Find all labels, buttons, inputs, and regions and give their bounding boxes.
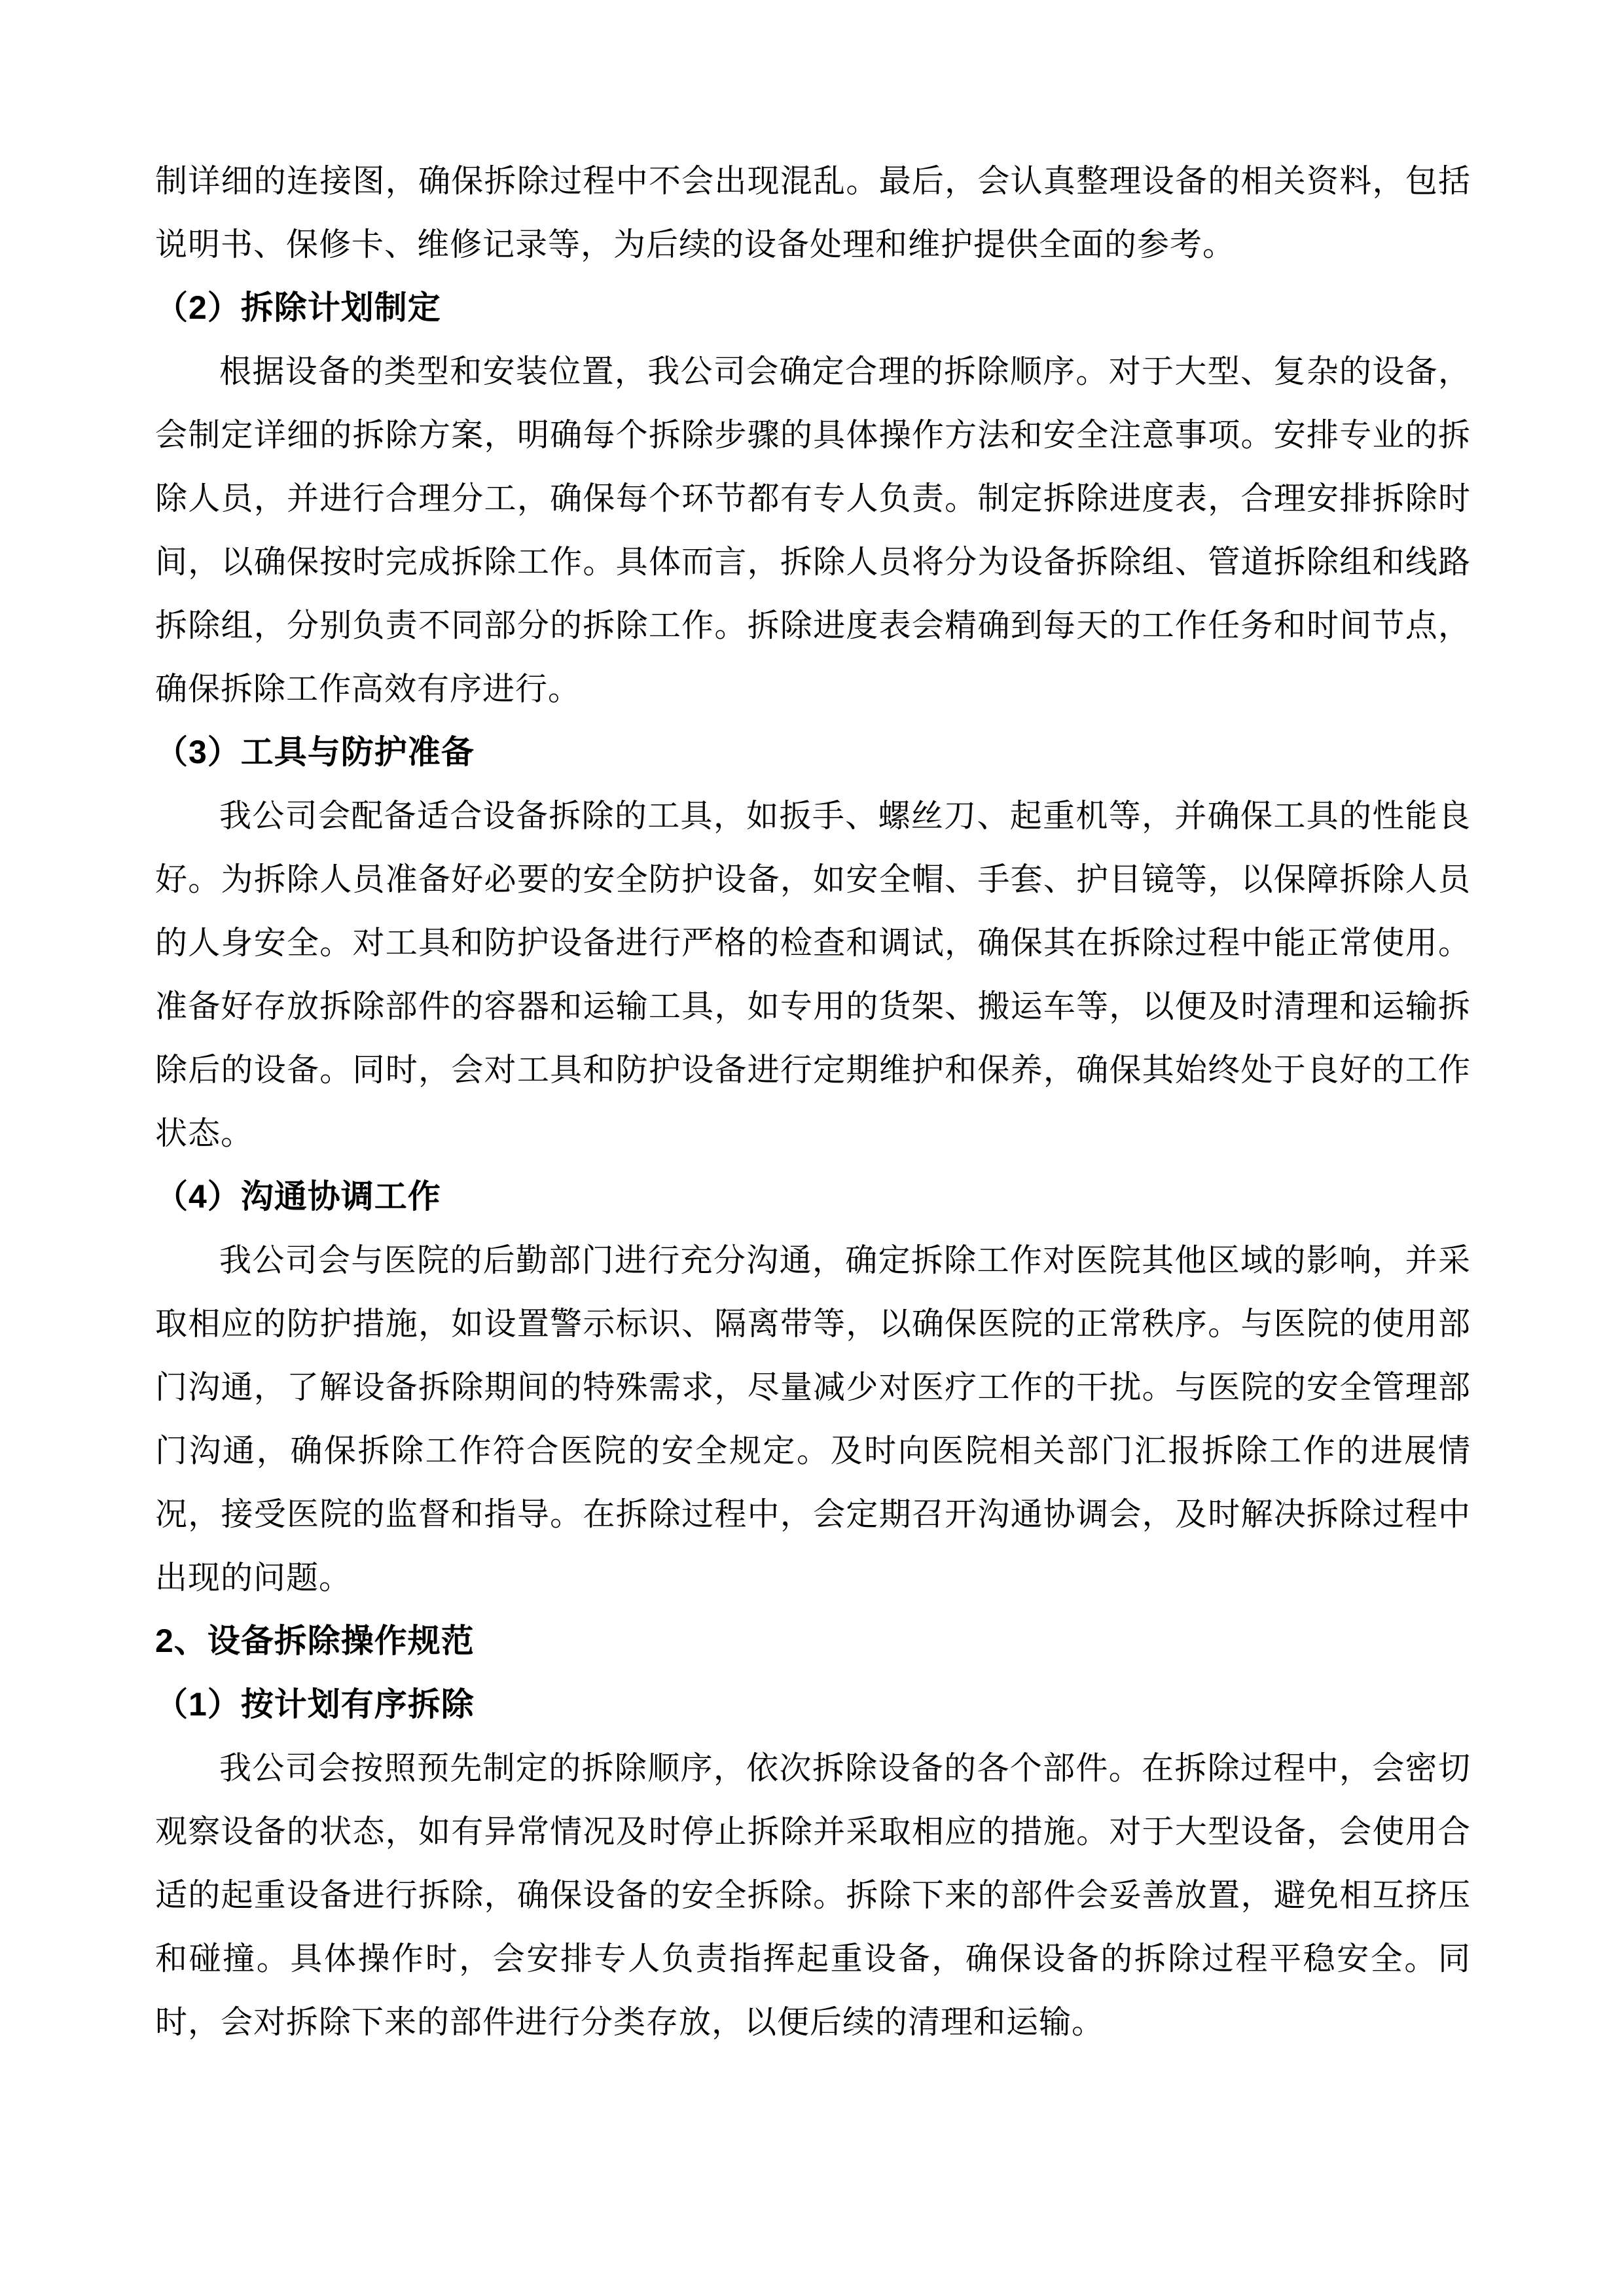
text-line: 准备好存放拆除部件的容器和运输工具，如专用的货架、搬运车等，以便及时清理和运输拆	[155, 975, 1471, 1038]
body-paragraph: 我公司会与医院的后勤部门进行充分沟通，确定拆除工作对医院其他区域的影响，并采取相…	[155, 1229, 1471, 1609]
text-line: 的人身安全。对工具和防护设备进行严格的检查和调试，确保其在拆除过程中能正常使用。	[155, 911, 1471, 975]
text-line: 时，会对拆除下来的部件进行分类存放，以便后续的清理和运输。	[155, 1990, 1471, 2054]
text-line: 观察设备的状态，如有异常情况及时停止拆除并采取相应的措施。对于大型设备，会使用合	[155, 1800, 1471, 1863]
subsection-heading: （3）工具与防护准备	[155, 721, 1471, 784]
text-line: 制详细的连接图，确保拆除过程中不会出现混乱。最后，会认真整理设备的相关资料，包括	[155, 149, 1471, 213]
text-line: 我公司会按照预先制定的拆除顺序，依次拆除设备的各个部件。在拆除过程中，会密切	[155, 1736, 1471, 1800]
text-line: 出现的问题。	[155, 1546, 1471, 1609]
text-line: 好。为拆除人员准备好必要的安全防护设备，如安全帽、手套、护目镜等，以保障拆除人员	[155, 848, 1471, 911]
text-line: 根据设备的类型和安装位置，我公司会确定合理的拆除顺序。对于大型、复杂的设备，	[155, 340, 1471, 403]
text-line: 取相应的防护措施，如设置警示标识、隔离带等，以确保医院的正常秩序。与医院的使用部	[155, 1292, 1471, 1355]
text-line: 拆除组，分别负责不同部分的拆除工作。拆除进度表会精确到每天的工作任务和时间节点，	[155, 594, 1471, 657]
text-line: （3）工具与防护准备	[155, 721, 1471, 784]
text-line: （1）按计划有序拆除	[155, 1673, 1471, 1736]
document-content: 制详细的连接图，确保拆除过程中不会出现混乱。最后，会认真整理设备的相关资料，包括…	[155, 149, 1471, 2054]
text-line: 和碰撞。具体操作时，会安排专人负责指挥起重设备，确保设备的拆除过程平稳安全。同	[155, 1927, 1471, 1990]
text-line: 确保拆除工作高效有序进行。	[155, 657, 1471, 721]
subsection-heading: （2）拆除计划制定	[155, 276, 1471, 340]
text-line: 说明书、保修卡、维修记录等，为后续的设备处理和维护提供全面的参考。	[155, 213, 1471, 276]
body-paragraph: 我公司会配备适合设备拆除的工具，如扳手、螺丝刀、起重机等，并确保工具的性能良好。…	[155, 784, 1471, 1165]
section-heading: 2、设备拆除操作规范	[155, 1609, 1471, 1673]
text-line: 适的起重设备进行拆除，确保设备的安全拆除。拆除下来的部件会妥善放置，避免相互挤压	[155, 1863, 1471, 1927]
text-line: 我公司会配备适合设备拆除的工具，如扳手、螺丝刀、起重机等，并确保工具的性能良	[155, 784, 1471, 848]
text-line: 除后的设备。同时，会对工具和防护设备进行定期维护和保养，确保其始终处于良好的工作	[155, 1038, 1471, 1102]
text-line: 除人员，并进行合理分工，确保每个环节都有专人负责。制定拆除进度表，合理安排拆除时	[155, 467, 1471, 530]
subsection-heading: （4）沟通协调工作	[155, 1165, 1471, 1229]
body-paragraph: 制详细的连接图，确保拆除过程中不会出现混乱。最后，会认真整理设备的相关资料，包括…	[155, 149, 1471, 276]
body-paragraph: 我公司会按照预先制定的拆除顺序，依次拆除设备的各个部件。在拆除过程中，会密切观察…	[155, 1736, 1471, 2054]
text-line: 况，接受医院的监督和指导。在拆除过程中，会定期召开沟通协调会，及时解决拆除过程中	[155, 1482, 1471, 1546]
text-line: 我公司会与医院的后勤部门进行充分沟通，确定拆除工作对医院其他区域的影响，并采	[155, 1229, 1471, 1292]
text-line: 间，以确保按时完成拆除工作。具体而言，拆除人员将分为设备拆除组、管道拆除组和线路	[155, 530, 1471, 594]
body-paragraph: 根据设备的类型和安装位置，我公司会确定合理的拆除顺序。对于大型、复杂的设备，会制…	[155, 340, 1471, 721]
text-line: 会制定详细的拆除方案，明确每个拆除步骤的具体操作方法和安全注意事项。安排专业的拆	[155, 403, 1471, 467]
text-line: 门沟通，了解设备拆除期间的特殊需求，尽量减少对医疗工作的干扰。与医院的安全管理部	[155, 1355, 1471, 1419]
text-line: （4）沟通协调工作	[155, 1165, 1471, 1229]
document-page: 制详细的连接图，确保拆除过程中不会出现混乱。最后，会认真整理设备的相关资料，包括…	[0, 0, 1624, 2296]
text-line: 门沟通，确保拆除工作符合医院的安全规定。及时向医院相关部门汇报拆除工作的进展情	[155, 1419, 1471, 1482]
text-line: 状态。	[155, 1102, 1471, 1165]
subsection-heading: （1）按计划有序拆除	[155, 1673, 1471, 1736]
text-line: 2、设备拆除操作规范	[155, 1609, 1471, 1673]
text-line: （2）拆除计划制定	[155, 276, 1471, 340]
